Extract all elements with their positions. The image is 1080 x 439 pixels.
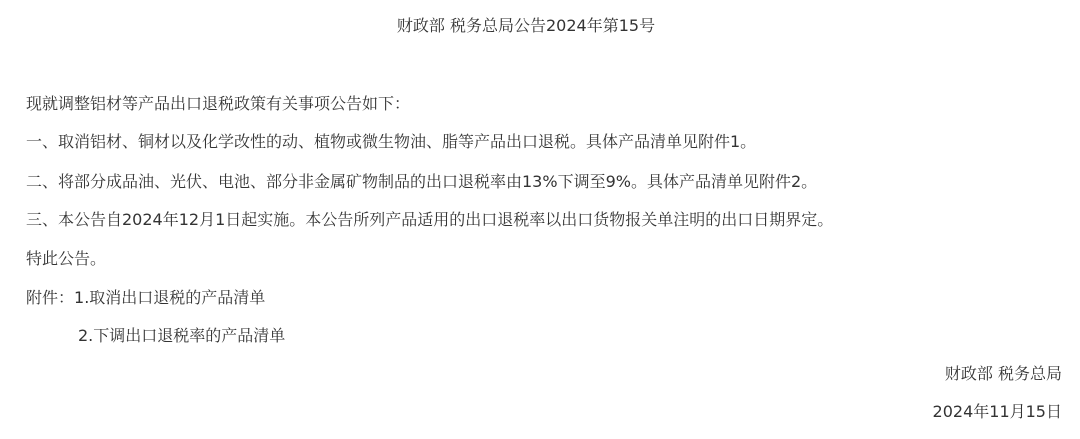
closing-paragraph: 特此公告。: [26, 247, 106, 271]
item-1-paragraph: 一、取消铝材、铜材以及化学改性的动、植物或微生物油、脂等产品出口退税。具体产品清…: [26, 130, 756, 154]
document-title: 财政部 税务总局公告2024年第15号: [0, 14, 1052, 38]
item-2-paragraph: 二、将部分成品油、光伏、电池、部分非金属矿物制品的出口退税率由13%下调至9%。…: [26, 170, 817, 194]
intro-paragraph: 现就调整铝材等产品出口退税政策有关事项公告如下：: [26, 92, 410, 116]
signature-issuer: 财政部 税务总局: [945, 362, 1062, 386]
attachments-label: 附件：: [26, 288, 74, 307]
attachment-1-link[interactable]: 1.取消出口退税的产品清单: [74, 288, 265, 307]
attachments-row-2: 2.下调出口退税率的产品清单: [78, 324, 285, 348]
attachments-row-1: 附件：1.取消出口退税的产品清单: [26, 286, 265, 310]
attachment-2-link[interactable]: 2.下调出口退税率的产品清单: [78, 326, 285, 345]
item-3-paragraph: 三、本公告自2024年12月1日起实施。本公告所列产品适用的出口退税率以出口货物…: [26, 208, 833, 232]
signature-date: 2024年11月15日: [933, 400, 1062, 424]
